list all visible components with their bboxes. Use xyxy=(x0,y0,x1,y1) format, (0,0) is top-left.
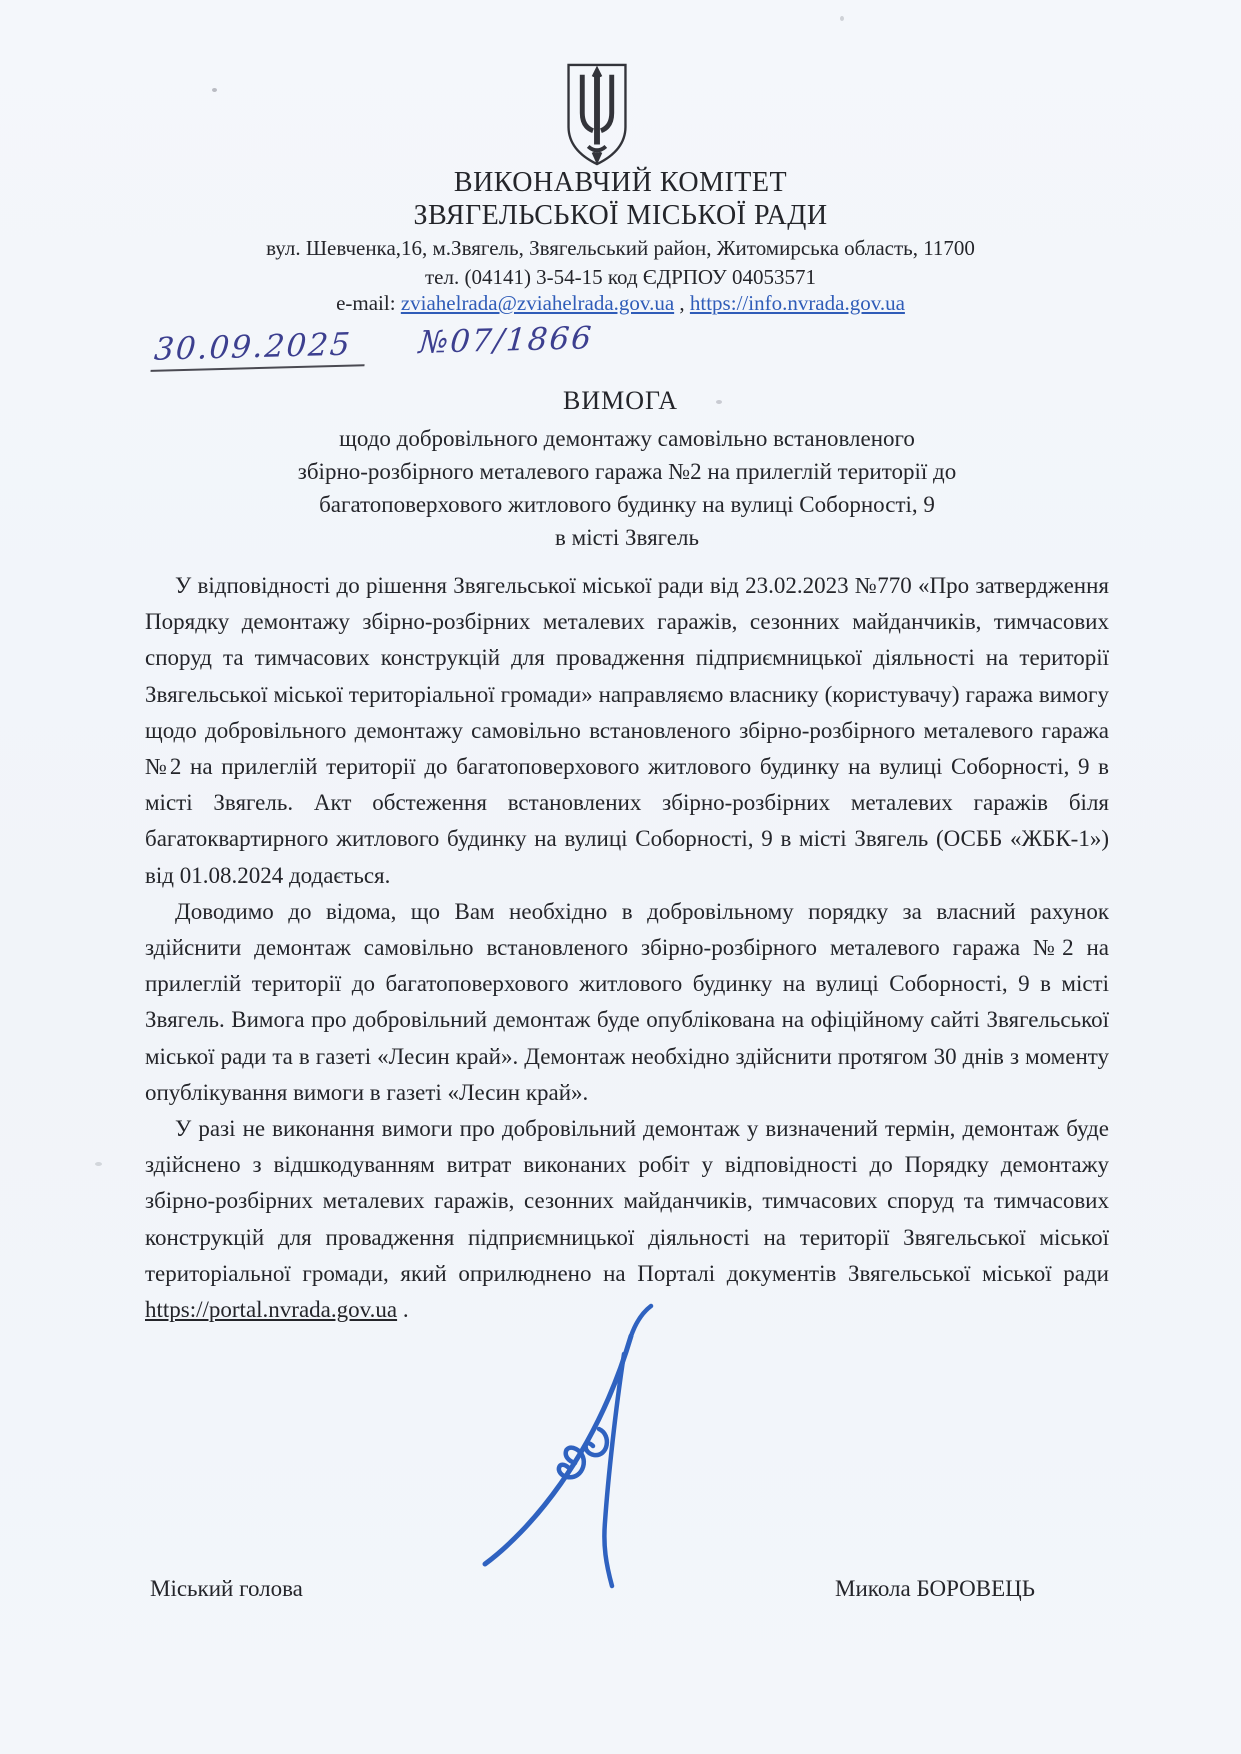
subject-line1: щодо добровільного демонтажу самовільно … xyxy=(145,422,1109,455)
subject-line4: в місті Звягель xyxy=(145,521,1109,554)
paragraph3-period: . xyxy=(397,1297,409,1322)
paragraph3-text: У разі не виконання вимоги про добровіль… xyxy=(145,1116,1109,1286)
scan-speck xyxy=(212,88,217,92)
document-page: ВИКОНАВЧИЙ КОМІТЕТ ЗВЯГЕЛЬСЬКОЇ МІСЬКОЇ … xyxy=(0,0,1241,1754)
org-name-line1: ВИКОНАВЧИЙ КОМІТЕТ xyxy=(0,166,1241,199)
website-link[interactable]: https://info.nvrada.gov.ua xyxy=(690,291,905,315)
scan-speck xyxy=(840,16,844,21)
tryzub-emblem-icon xyxy=(563,62,631,168)
org-address: вул. Шевченка,16, м.Звягель, Звягельськи… xyxy=(0,235,1241,261)
email-link[interactable]: zviahelrada@zviahelrada.gov.ua xyxy=(401,291,674,315)
org-contacts-line: e-mail: zviahelrada@zviahelrada.gov.ua ,… xyxy=(0,290,1241,316)
email-label: e-mail: xyxy=(336,291,401,315)
body-paragraph-2: Доводимо до відома, що Вам необхідно в д… xyxy=(145,894,1109,1111)
subject-line2: збірно-розбірного металевого гаража №2 н… xyxy=(145,455,1109,488)
handwritten-signature xyxy=(468,1296,698,1596)
org-phone: тел. (04141) 3-54-15 код ЄДРПОУ 04053571 xyxy=(0,264,1241,290)
document-subject: щодо добровільного демонтажу самовільно … xyxy=(145,422,1109,554)
portal-link[interactable]: https://portal.nvrada.gov.ua xyxy=(145,1297,397,1322)
subject-line3: багатоповерхового житлового будинку на в… xyxy=(145,488,1109,521)
body-paragraph-1: У відповідності до рішення Звягельської … xyxy=(145,568,1109,894)
scan-speck xyxy=(95,1162,102,1166)
org-name-line2: ЗВЯГЕЛЬСЬКОЇ МІСЬКОЇ РАДИ xyxy=(0,199,1241,232)
signer-position: Міський голова xyxy=(150,1576,303,1602)
contacts-separator: , xyxy=(674,291,690,315)
document-body: У відповідності до рішення Звягельської … xyxy=(145,568,1109,1328)
signer-name: Микола БОРОВЕЦЬ xyxy=(835,1576,1035,1602)
reference-line: 30.09.2025 №07/1866 xyxy=(152,320,594,372)
handwritten-doc-number: №07/1866 xyxy=(418,320,595,361)
letterhead: ВИКОНАВЧИЙ КОМІТЕТ ЗВЯГЕЛЬСЬКОЇ МІСЬКОЇ … xyxy=(0,166,1241,316)
document-title: ВИМОГА xyxy=(0,386,1241,416)
handwritten-date: 30.09.2025 xyxy=(150,326,367,372)
